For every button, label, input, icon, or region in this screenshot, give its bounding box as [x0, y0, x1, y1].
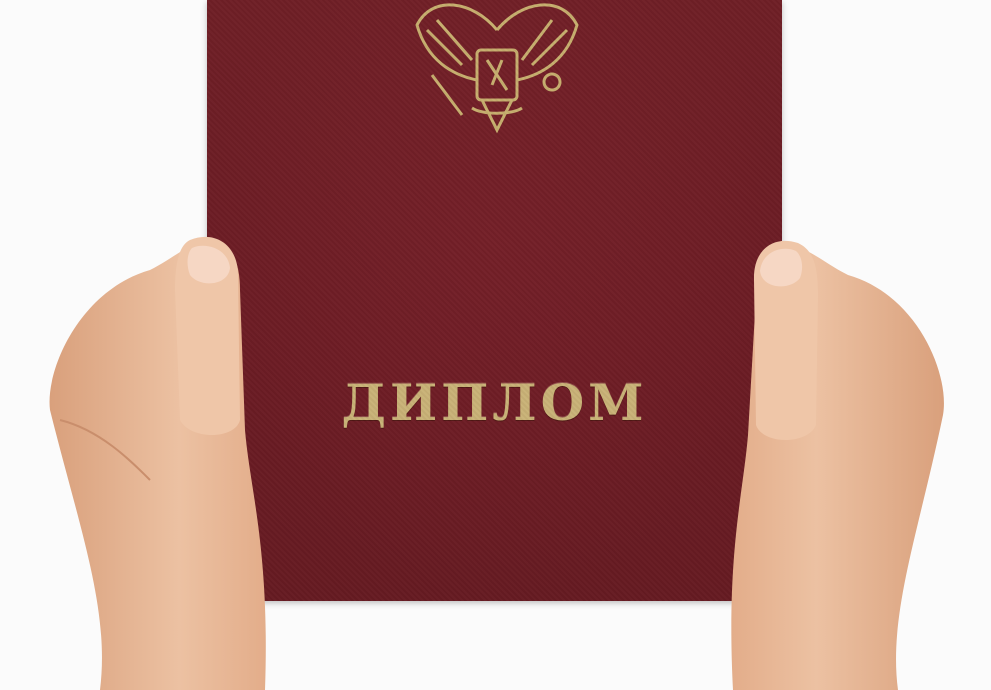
coat-of-arms-icon	[402, 0, 592, 135]
left-hand	[40, 230, 280, 690]
right-hand	[718, 235, 958, 690]
diploma-cover: ДИПЛОМ	[207, 0, 782, 601]
photo-scene: ДИПЛОМ	[0, 0, 991, 690]
cover-title: ДИПЛОМ	[207, 373, 782, 432]
